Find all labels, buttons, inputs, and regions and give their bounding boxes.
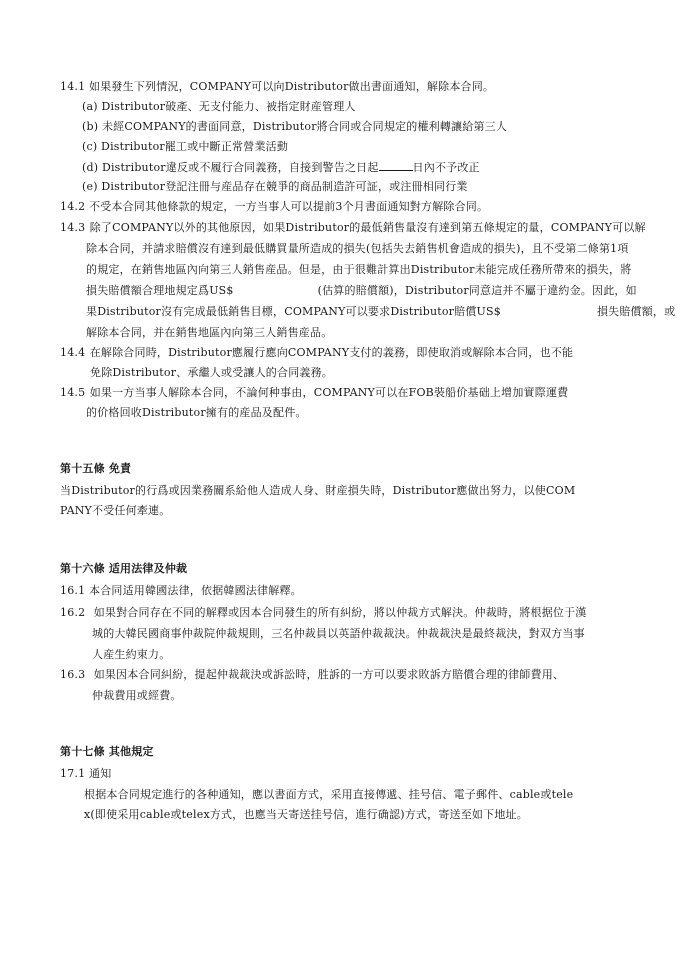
clause-17-1: 17.1 通知 (60, 767, 111, 781)
clause-text: 損失賠償額，或 (597, 305, 675, 318)
item-text: 未經COMPANY的書面同意，Distributor將合同或合同規定的權利轉讓給… (102, 120, 507, 133)
clause-text: 通知 (89, 767, 111, 780)
clause-14-1: 14.1 如果發生下列情況，COMPANY可以向Distributor做出書面通… (60, 80, 494, 94)
clause-text: 損失賠償額合理地規定爲US$ (86, 284, 234, 297)
item-text: Distributor罷工或中斷正常營業活動 (101, 140, 288, 153)
item-text: Distributor違反或不履行合同義務，自接到警告之日起 (102, 161, 379, 174)
clause-text: (估算的賠償額)，Distributor同意這并不屬于違約金。因此，如 (318, 284, 637, 297)
clause-number: 17.1 (60, 767, 85, 781)
clause-14-3-line-6: 解除本合同，并在銷售地區內向第三人銷售産品。 (86, 326, 332, 340)
document-page: 14.1 如果發生下列情況，COMPANY可以向Distributor做出書面通… (0, 0, 680, 962)
clause-14-3-line-4: 損失賠償額合理地規定爲US$(估算的賠償額)，Distributor同意這并不屬… (86, 284, 637, 298)
article-15-line-1: 当Distributor的行爲或因業務關系給他人造成人身、財産損失時，Distr… (60, 484, 575, 498)
clause-14-4-line-1: 14.4 在解除合同時，Distributor應履行應向COMPANY支付的義務… (60, 346, 573, 360)
item-label: (e) (82, 180, 98, 193)
clause-16-1: 16.1 本合同适用韓國法律，依据韓國法律解釋。 (60, 584, 302, 598)
clause-text: 如果一方当事人解除本合同，不論何种事由，COMPANY可以在FOB裝船价基础上增… (90, 386, 569, 399)
clause-number: 14.3 (60, 221, 86, 235)
article-16-heading: 第十六條 适用法律及仲裁 (60, 562, 187, 576)
blank-days-field (379, 160, 413, 171)
item-label: (c) (82, 140, 97, 153)
clause-14-1-item-a: (a) Distributor破產、无支付能力、被指定財産管理人 (82, 100, 356, 114)
clause-16-2-line-3: 人産生約束力。 (92, 648, 170, 662)
clause-14-5-line-1: 14.5 如果一方当事人解除本合同，不論何种事由，COMPANY可以在FOB裝船… (60, 386, 568, 400)
item-label: (b) (82, 120, 98, 133)
clause-text: 果Distributor沒有完成最低銷售目標，COMPANY可以要求Distri… (86, 305, 501, 318)
clause-text: 在解除合同時，Distributor應履行應向COMPANY支付的義務，即使取消… (90, 346, 574, 359)
clause-number: 14.1 (60, 80, 85, 94)
clause-number: 14.5 (60, 386, 86, 400)
clause-17-1-line-1: 根据本合同規定進行的各种通知，應以書面方式，采用直接傳遞、挂号信、電子郵件、ca… (84, 788, 573, 802)
clause-text: 除了COMPANY以外的其他原因，如果Distributor的最低銷售量沒有達到… (90, 221, 646, 234)
item-text: Distributor破產、无支付能力、被指定財産管理人 (101, 100, 355, 113)
clause-14-4-line-2: 免除Distributor、承繼人或受讓人的合同義務。 (90, 366, 333, 380)
clause-14-1-item-c: (c) Distributor罷工或中斷正常營業活動 (82, 140, 288, 154)
clause-14-1-item-e: (e) Distributor登記注冊与産品存在競爭的商品制造許可証，或注冊相同… (82, 180, 468, 194)
clause-14-3-line-1: 14.3 除了COMPANY以外的其他原因，如果Distributor的最低銷售… (60, 221, 646, 235)
item-text: Distributor登記注冊与産品存在競爭的商品制造許可証，或注冊相同行業 (101, 180, 467, 193)
article-15-heading: 第十五條 免責 (60, 462, 131, 476)
clause-text: 不受本合同其他條款的規定，一方当事人可以提前3个月書面通知對方解除合同。 (89, 200, 488, 213)
article-15-line-2: PANY不受任何牽連。 (60, 504, 170, 518)
clause-text: 如果對合同存在不同的解釋或因本合同發生的所有糾紛，將以仲裁方式解決。仲裁時，將根… (94, 606, 587, 619)
clause-number: 14.2 (60, 200, 85, 214)
clause-text: 如果因本合同糾紛，提起仲裁裁決或訴訟時，胜訴的一方可以要求敗訴方賠償合理的律師費… (94, 668, 564, 681)
clause-14-1-item-d: (d) Distributor違反或不履行合同義務，自接到警告之日起日內不予改正 (82, 160, 480, 175)
clause-number: 16.2 (60, 606, 90, 620)
clause-text: 如果發生下列情況，COMPANY可以向Distributor做出書面通知，解除本… (89, 80, 494, 93)
item-label: (a) (82, 100, 98, 113)
item-label: (d) (82, 161, 98, 174)
article-17-heading: 第十七條 其他規定 (60, 745, 154, 759)
clause-14-2: 14.2 不受本合同其他條款的規定，一方当事人可以提前3个月書面通知對方解除合同… (60, 200, 488, 214)
clause-16-3-line-2: 仲裁費用或經費。 (92, 689, 182, 703)
clause-14-1-item-b: (b) 未經COMPANY的書面同意，Distributor將合同或合同規定的權… (82, 120, 507, 134)
item-text-after: 日內不予改正 (413, 161, 480, 174)
clause-number: 16.1 (60, 584, 85, 598)
clause-number: 14.4 (60, 346, 86, 360)
clause-text: 本合同适用韓國法律，依据韓國法律解釋。 (89, 584, 302, 597)
clause-16-3-line-1: 16.3 如果因本合同糾紛，提起仲裁裁決或訴訟時，胜訴的一方可以要求敗訴方賠償合… (60, 668, 564, 682)
clause-14-3-line-2: 除本合同，并請求賠償沒有達到最低購買量所造成的損失(包括失去銷售机會造成的損失)… (86, 242, 629, 256)
clause-17-1-line-2: x(即使采用cable或telex方式，也應当天寄送挂号信，進行确認)方式，寄送… (84, 808, 528, 822)
clause-14-3-line-5: 果Distributor沒有完成最低銷售目標，COMPANY可以要求Distri… (86, 305, 675, 319)
clause-16-2-line-2: 城的大韓民國商事仲裁院仲裁規則，三名仲裁員以英語仲裁裁決。仲裁裁決是最終裁決，對… (92, 627, 585, 641)
clause-16-2-line-1: 16.2 如果對合同存在不同的解釋或因本合同發生的所有糾紛，將以仲裁方式解決。仲… (60, 606, 587, 620)
clause-14-5-line-2: 的价格回收Distributor擁有的産品及配件。 (86, 406, 307, 420)
clause-number: 16.3 (60, 668, 90, 682)
clause-14-3-line-3: 的規定，在銷售地區內向第三人銷售産品。但是，由于很難計算出Distributor… (86, 263, 631, 277)
